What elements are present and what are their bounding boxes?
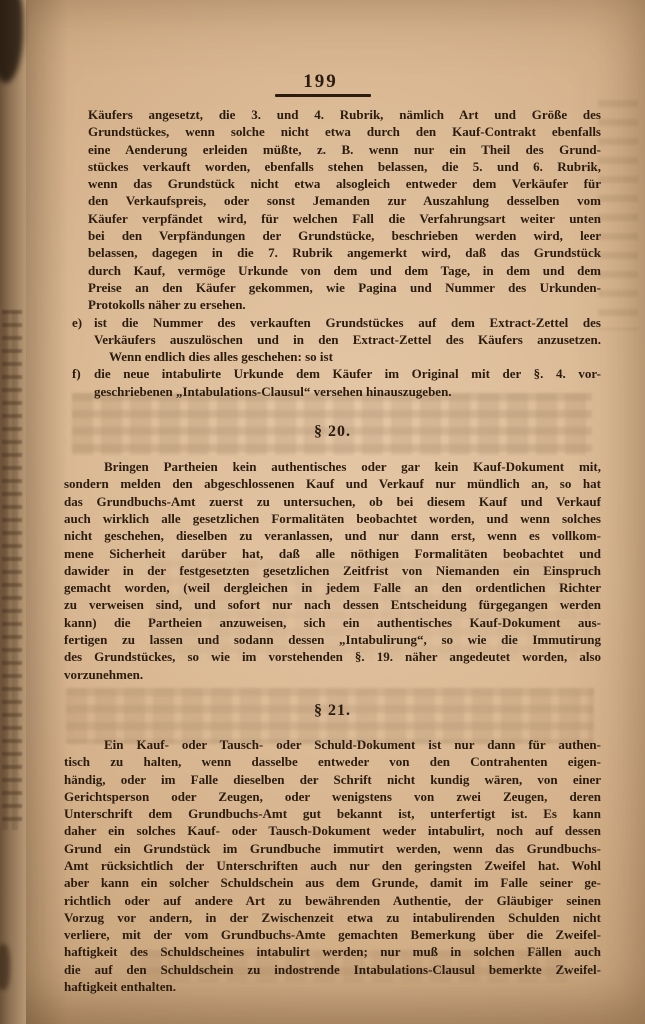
text-line: gemacht worden, (weil dergleichen in jed… xyxy=(64,579,601,596)
list-item-e: e)ist die Nummer des verkauften Grundstü… xyxy=(64,314,601,349)
text-line: dawider in der festgesetzten gesetzliche… xyxy=(64,562,601,579)
list-item-f: f)die neue intabulirte Urkunde dem Käufe… xyxy=(64,365,601,400)
text-line: Ein Kauf- oder Tausch- oder Schuld-Dokum… xyxy=(64,736,601,753)
text-line: des Grundstückes, so wie im vorstehenden… xyxy=(64,648,601,665)
section-heading-20: § 20. xyxy=(64,422,601,442)
item-marker: f) xyxy=(72,365,94,400)
text-line: daher ein solches Kauf- oder Tausch-Doku… xyxy=(64,822,601,839)
text-line: Preise an den Käufer gekommen, wie Pagin… xyxy=(88,279,601,296)
text-line: mene Sicherheit darüber hat, daß alle nö… xyxy=(64,545,601,562)
page-number-rule xyxy=(275,94,371,97)
text-line: fertigen zu lassen und sodann dessen „In… xyxy=(64,631,601,648)
text-line: kann) die Partheien anzuweisen, sich ein… xyxy=(64,614,601,631)
text-line: Protokolls näher zu ersehen. xyxy=(88,296,601,313)
text-line: ist die Nummer des verkauften Grundstück… xyxy=(94,314,601,331)
edge-ink-mark xyxy=(0,944,10,990)
text-line: verliere, mit der vom Grundbuchs-Amte ge… xyxy=(64,926,601,943)
text-line: wenn das Grundstück nicht etwa alsogleic… xyxy=(88,175,601,192)
page-number: 199 xyxy=(303,71,338,93)
text-line: Käufer verpfändet wird, für welchen Fall… xyxy=(88,210,601,227)
section-heading-21: § 21. xyxy=(64,701,601,721)
text-line: nicht geschehen, dieselben zu veranlasse… xyxy=(64,527,601,544)
text-line: Vorzug vor andern, in der Zwischenzeit e… xyxy=(64,909,601,926)
text-line: Unterschrift dem Grundbuchs-Amt gut beka… xyxy=(64,805,601,822)
page-header: 199 xyxy=(64,71,601,97)
interjection-line: Wenn endlich dies alles geschehen: so is… xyxy=(64,348,601,365)
text-line: Amt rücksichtlich der Unterschriften auc… xyxy=(64,857,601,874)
text-line: Grund ein Grundstück im Grundbuche immut… xyxy=(64,840,601,857)
text-line: händig, oder im Falle dieselben der Schr… xyxy=(64,771,601,788)
text-line: sondern melden den abgeschlossenen Kauf … xyxy=(64,475,601,492)
text-line: Gerichtsperson oder Zeugen, oder wenigst… xyxy=(64,788,601,805)
text-line: bei den Verpfändungen der Grundstücke, b… xyxy=(88,227,601,244)
text-line: vorzunehmen. xyxy=(64,666,601,683)
text-line: tisch zu halten, wenn dasselbe entweder … xyxy=(64,753,601,770)
text-line: geschriebenen „Intabulations-Clausul“ ve… xyxy=(94,383,601,400)
text-line: belassen, dagegen in die 7. Rubrik angem… xyxy=(88,244,601,261)
scanned-book-page: 199 Käufers angesetzt, die 3. und 4. Rub… xyxy=(0,0,645,1024)
text-line: Grundstückes, wenn solche nicht etwa dur… xyxy=(88,123,601,140)
text-line: stückes verkauft worden, ebenfalls stehe… xyxy=(88,158,601,175)
text-line: haftigkeit enthalten. xyxy=(64,978,601,995)
text-line: auch wirklich alle gesetzlichen Formalit… xyxy=(64,510,601,527)
text-line: aber kann ein solcher Schuldschein aus d… xyxy=(64,874,601,891)
paragraph-21: Ein Kauf- oder Tausch- oder Schuld-Dokum… xyxy=(64,736,601,995)
bleed-through-margin-marks xyxy=(598,100,638,330)
text-line: durch Kauf, vermöge Urkunde von dem und … xyxy=(88,262,601,279)
continuation-paragraph: Käufers angesetzt, die 3. und 4. Rubrik,… xyxy=(64,106,601,314)
text-line: Verkäufers auszulöschen und in den Extra… xyxy=(94,331,601,348)
binding-gutter-shadow xyxy=(0,0,70,1024)
text-line: eine Aenderung erleiden müßte, z. B. wen… xyxy=(88,141,601,158)
text-line: haftigkeit des Schuldscheines intabulirt… xyxy=(64,943,601,960)
text-blocks: Käufers angesetzt, die 3. und 4. Rubrik,… xyxy=(64,106,601,995)
text-line: richtlich oder auf andere Art zu bewähre… xyxy=(64,892,601,909)
text-line: die neue intabulirte Urkunde dem Käufer … xyxy=(94,365,601,382)
text-line: Bringen Partheien kein authentisches ode… xyxy=(64,458,601,475)
item-marker: e) xyxy=(72,314,94,349)
text-line: zu verweisen sind, und sofort nur nach d… xyxy=(64,596,601,613)
text-line: das Grundbuchs-Amt zuerst zu untersuchen… xyxy=(64,493,601,510)
text-line: den Verkaufspreis, oder sonst Jemanden z… xyxy=(88,192,601,209)
text-line: Käufers angesetzt, die 3. und 4. Rubrik,… xyxy=(88,106,601,123)
text-line: die auf den Schuldschein zu indostrende … xyxy=(64,961,601,978)
paragraph-20: Bringen Partheien kein authentisches ode… xyxy=(64,458,601,683)
